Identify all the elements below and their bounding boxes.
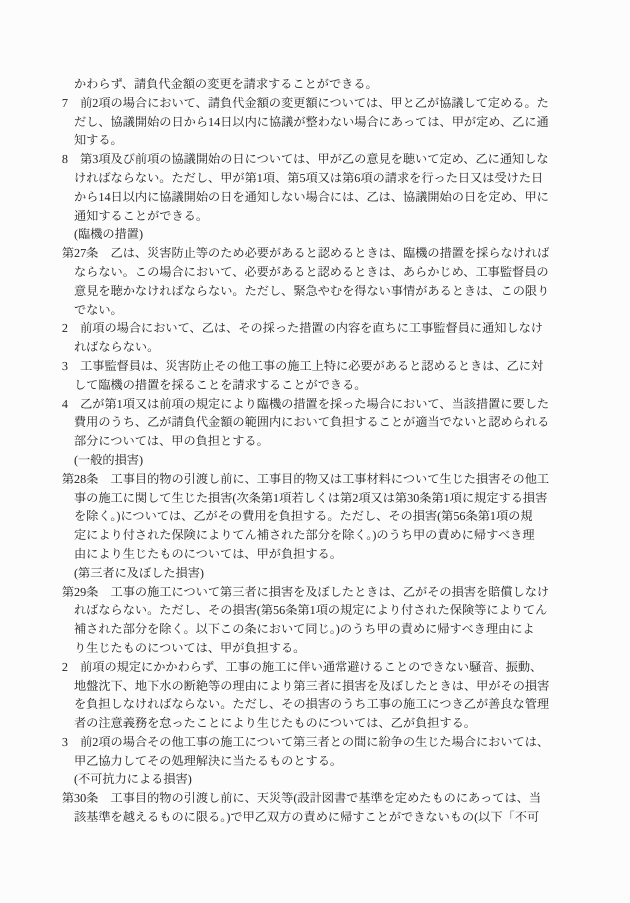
clause-heading-ippanteki-songai: (一般的損害) (74, 451, 580, 470)
clause-heading-fukakoryoku-songai: (不可抗力による損害) (74, 770, 580, 789)
article-29-item-2: 2 前項の規定にかかわらず、工事の施工に伴い通常避けることのできない騒音、振動、… (74, 658, 580, 733)
article-27-item-2: 2 前項の場合において、乙は、その採った措置の内容を直ちに工事監督員に通知しなけ… (74, 319, 580, 357)
article-27-item-3: 3 工事監督員は、災害防止その他工事の施工上特に必要があると認めるときは、乙に対… (74, 357, 580, 395)
article-27-paragraph-1: 第27条 乙は、災害防止等のため必要があると認めるときは、臨機の措置を採らなけれ… (74, 244, 580, 319)
clause-heading-rinki-no-sochi: (臨機の措置) (74, 225, 580, 244)
article-29-paragraph-1: 第29条 工事の施工について第三者に損害を及ぼしたときは、乙がその損害を賠償しな… (74, 583, 580, 658)
article-28-paragraph-1: 第28条 工事目的物の引渡し前に、工事目的物又は工事材料について生じた損害その他… (74, 470, 580, 564)
paragraph-item-8: 8 第3項及び前項の協議開始の日については、甲が乙の意見を聴いて定め、乙に通知し… (74, 150, 580, 225)
clause-heading-daisansha-songai: (第三者に及ぼした損害) (74, 564, 580, 583)
article-30-paragraph-1: 第30条 工事目的物の引渡し前に、天災等(設計図書で基準を定めたものにあっては、… (74, 789, 580, 827)
continuation-paragraph: かわらず、請負代金額の変更を請求することができる。 (74, 75, 580, 94)
contract-text-body: かわらず、請負代金額の変更を請求することができる。 7 前2項の場合において、請… (74, 75, 580, 827)
paragraph-item-7: 7 前2項の場合において、請負代金額の変更額については、甲と乙が協議して定める。… (74, 94, 580, 150)
document-page: かわらず、請負代金額の変更を請求することができる。 7 前2項の場合において、請… (0, 0, 630, 903)
article-27-item-4: 4 乙が第1項又は前項の規定により臨機の措置を採った場合において、当該措置に要し… (74, 395, 580, 451)
article-29-item-3: 3 前2項の場合その他工事の施工について第三者との間に紛争の生じた場合においては… (74, 733, 580, 771)
